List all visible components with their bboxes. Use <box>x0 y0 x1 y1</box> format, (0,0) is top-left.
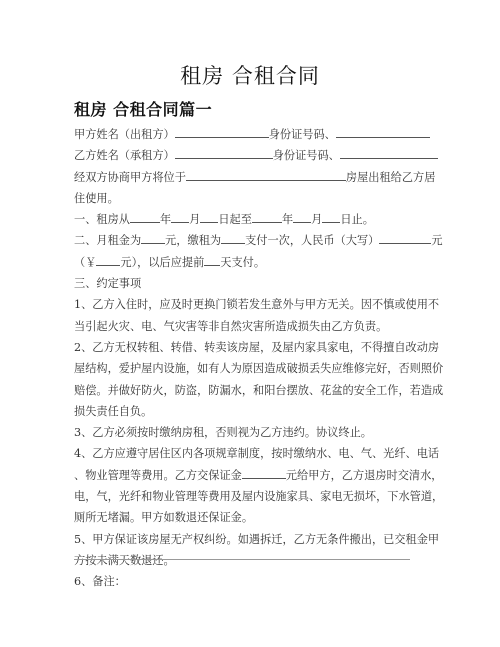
text-line: 2、乙方无权转租、转借、转卖该房屋，及屋内家具家电，不得擅自改动房 <box>74 337 424 358</box>
fill-in-blank <box>204 254 220 266</box>
text-segment: 一、租房从 <box>74 213 130 226</box>
text-segment: 方按未满天数退还。 <box>74 554 175 567</box>
text-line: 3、乙方必须按时缴纳房租，否则视为乙方违约。协议终止。 <box>74 422 424 443</box>
text-segment: 屋结构，爱护屋内设施，如有人为原因造成破损丢失应维修完好，否则照价 <box>74 362 443 375</box>
text-segment: 2、乙方无权转租、转借、转卖该房屋，及屋内家具家电，不得擅自改动房 <box>74 341 439 354</box>
text-segment: 月 <box>311 213 322 226</box>
fill-in-blank <box>242 467 286 479</box>
fill-in-blank <box>336 126 430 138</box>
text-segment: 元给甲方，乙方退房时交清水， <box>286 469 443 482</box>
fill-in-blank <box>186 169 346 181</box>
text-segment: 赔偿。并做好防火，防盗，防漏水，和阳台摆放、花盆的安全工作，若造成 <box>74 384 443 397</box>
text-line: 6、备注： <box>74 571 424 592</box>
fill-in-blank <box>293 211 311 223</box>
fill-in-blank <box>340 147 438 159</box>
text-segment: （￥ <box>74 256 96 269</box>
text-line: 乙方姓名（承租方）身份证号码、 <box>74 145 424 166</box>
text-segment: 天支付。 <box>220 256 265 269</box>
fill-in-blank <box>322 211 340 223</box>
text-segment: 三、约定事项 <box>74 277 141 290</box>
text-segment: 甲方姓名（出租方） <box>74 128 175 141</box>
text-segment: 乙方姓名（承租方） <box>74 149 175 162</box>
text-segment: 二、月租金为 <box>74 234 141 247</box>
fill-in-blank <box>175 147 273 159</box>
text-line: 屋结构，爱护屋内设施，如有人为原因造成破损丢失应维修完好，否则照价 <box>74 358 424 379</box>
remarks-line <box>74 559 410 560</box>
text-line: 、物业管理等费用。乙方交保证金元给甲方，乙方退房时交清水， <box>74 465 424 486</box>
text-segment: 身份证号码、 <box>273 149 340 162</box>
text-segment: 元 <box>431 234 442 247</box>
text-line: 经双方协商甲方将位于房屋出租给乙方居 <box>74 167 424 188</box>
text-segment: 电，气，光纤和物业管理等费用及屋内设施家具、家电无损坏，下水管道， <box>74 490 443 503</box>
text-line: 5、甲方保证该房屋无产权纠纷。如遇拆迁，乙方无条件搬出，已交租金甲 <box>74 529 424 550</box>
text-line: （￥元），以后应提前天支付。 <box>74 252 424 273</box>
text-segment: 支付一次，人民币（大写） <box>245 234 379 247</box>
text-segment: 年 <box>160 213 171 226</box>
text-segment: 当引起火灾、电、气灾害等非自然灾害所造成损失由乙方负责。 <box>74 320 387 333</box>
text-segment: 厕所无堵漏。甲方如数退还保证金。 <box>74 511 253 524</box>
fill-in-blank <box>175 126 269 138</box>
text-segment: 身份证号码、 <box>269 128 336 141</box>
text-segment: 住使用。 <box>74 192 119 205</box>
contract-body: 甲方姓名（出租方）身份证号码、乙方姓名（承租方）身份证号码、经双方协商甲方将位于… <box>74 124 424 593</box>
text-line: 4、乙方应遵守居住区内各项规章制度，按时缴纳水、电、气、光纤、电话 <box>74 443 424 464</box>
text-segment: 6、备注： <box>74 575 126 588</box>
text-line: 二、月租金为元，缴租为支付一次，人民币（大写）元 <box>74 230 424 251</box>
text-line: 住使用。 <box>74 188 424 209</box>
fill-in-blank <box>130 211 160 223</box>
text-line: 一、租房从年月日起至年月日止。 <box>74 209 424 230</box>
text-line: 甲方姓名（出租方）身份证号码、 <box>74 124 424 145</box>
fill-in-blank <box>200 211 218 223</box>
text-segment: 年 <box>282 213 293 226</box>
text-segment: 经双方协商甲方将位于 <box>74 171 186 184</box>
fill-in-blank <box>96 254 120 266</box>
text-segment: 元，缴租为 <box>165 234 221 247</box>
fill-in-blank <box>379 232 431 244</box>
fill-in-blank <box>171 211 189 223</box>
text-segment: 5、甲方保证该房屋无产权纠纷。如遇拆迁，乙方无条件搬出，已交租金甲 <box>74 533 439 546</box>
text-line: 三、约定事项 <box>74 273 424 294</box>
text-segment: 4、乙方应遵守居住区内各项规章制度，按时缴纳水、电、气、光纤、电话 <box>74 447 439 460</box>
section-heading: 租房 合租合同篇一 <box>74 97 212 120</box>
text-segment: 、物业管理等费用。乙方交保证金 <box>74 469 242 482</box>
text-segment: 房屋出租给乙方居 <box>346 171 436 184</box>
text-line: 方按未满天数退还。 <box>74 550 424 571</box>
text-line: 厕所无堵漏。甲方如数退还保证金。 <box>74 507 424 528</box>
fill-in-blank <box>252 211 282 223</box>
text-segment: 元），以后应提前 <box>120 256 204 269</box>
text-line: 1、乙方入住时，应及时更换门锁若发生意外与甲方无关。因不慎或使用不 <box>74 294 424 315</box>
fill-in-blank <box>221 232 245 244</box>
text-segment: 3、乙方必须按时缴纳房租，否则视为乙方违约。协议终止。 <box>74 426 372 439</box>
document-title: 租房 合租合同 <box>0 60 500 90</box>
text-line: 赔偿。并做好防火，防盗，防漏水，和阳台摆放、花盆的安全工作，若造成 <box>74 380 424 401</box>
text-segment: 日起至 <box>218 213 252 226</box>
text-segment: 1、乙方入住时，应及时更换门锁若发生意外与甲方无关。因不慎或使用不 <box>74 298 439 311</box>
text-segment: 月 <box>189 213 200 226</box>
text-line: 损失责任自负。 <box>74 401 424 422</box>
text-segment: 损失责任自负。 <box>74 405 152 418</box>
fill-in-blank <box>141 232 165 244</box>
text-line: 当引起火灾、电、气灾害等非自然灾害所造成损失由乙方负责。 <box>74 316 424 337</box>
text-line: 电，气，光纤和物业管理等费用及屋内设施家具、家电无损坏，下水管道， <box>74 486 424 507</box>
text-segment: 日止。 <box>340 213 374 226</box>
